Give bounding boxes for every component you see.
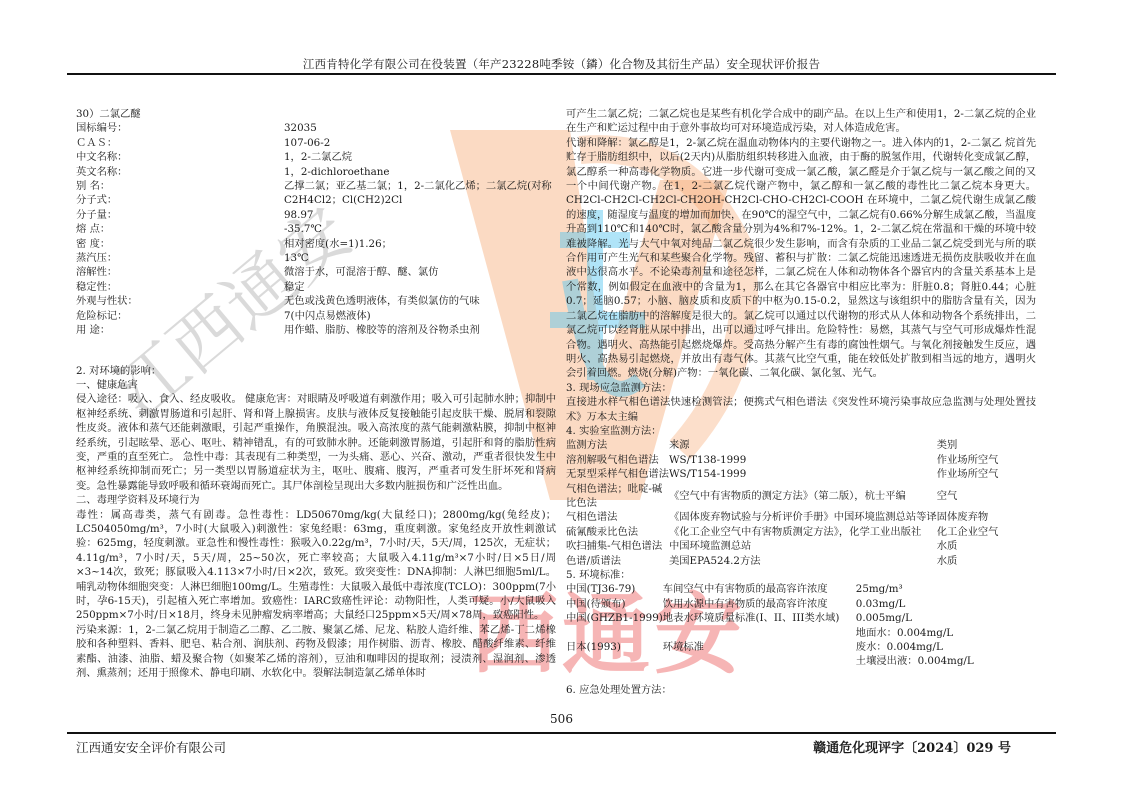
section-title: 30）二氯乙醚 bbox=[76, 107, 556, 121]
standard-values: 25mg/m³ bbox=[856, 582, 974, 596]
property-row: 用 途：用作蜡、脂肪、橡胶等的溶剂及谷物杀虫剂 bbox=[76, 323, 556, 337]
property-value: 107-06-2 bbox=[284, 136, 330, 150]
table-cell: 气相色谱法；吡啶-碱比色法 bbox=[566, 482, 669, 511]
property-value: 稳定 bbox=[284, 280, 305, 294]
standard-values: 0.005mg/L bbox=[856, 611, 974, 625]
property-value: 乙撑二氯；亚乙基二氯；1，2-二氯化乙烯；二氯乙烷(对称 bbox=[284, 179, 552, 193]
table-header-cell: 类别 bbox=[937, 438, 1006, 452]
standard-value: 废水：0.004mg/L bbox=[856, 640, 974, 654]
standard-value: 地面水：0.004mg/L bbox=[856, 626, 974, 640]
property-row: 国标编号：32035 bbox=[76, 121, 556, 135]
standard-org: 日本(1993) bbox=[566, 626, 663, 669]
standard-values: 地面水：0.004mg/L废水：0.004mg/L土壤浸出液：0.004mg/L bbox=[856, 626, 974, 669]
table-cell: 《固体废弃物试验与分析评价手册》中国环境监测总站等译 bbox=[669, 510, 937, 524]
table-cell: WS/T154-1999 bbox=[669, 467, 937, 481]
property-label: 用 途： bbox=[76, 323, 284, 337]
table-cell: WS/T138-1999 bbox=[669, 453, 937, 467]
table-cell: 无泵型采样气相色谱法 bbox=[566, 467, 669, 481]
env-standard-heading: 5. 环境标准： bbox=[566, 568, 1036, 582]
property-value: -35.7℃ bbox=[284, 222, 322, 236]
table-cell: 中国环境监测总站 bbox=[669, 539, 937, 553]
property-label: 稳定性： bbox=[76, 280, 284, 294]
standard-org: 中国(GHZB1-1999) bbox=[566, 611, 663, 625]
tox-heading: 二、毒理学资料及环境行为 bbox=[76, 493, 556, 507]
table-header-cell: 来源 bbox=[669, 438, 937, 452]
metabolism-text: 代谢和降解：氯乙醇是1，2-氯乙烷在温血动物体内的主要代谢物之一。进入体内的1，… bbox=[566, 136, 1036, 381]
table-cell: 气相色谱法 bbox=[566, 510, 669, 524]
table-cell: 固体废弃物 bbox=[937, 510, 1006, 524]
property-row: 中文名称：1，2-二氯乙烷 bbox=[76, 150, 556, 164]
property-label: 英文名称： bbox=[76, 165, 284, 179]
tox-text: 毒性：属高毒类，蒸气有剧毒。急性毒性：LD50670mg/kg(大鼠经口)；28… bbox=[76, 508, 556, 623]
table-row: 日本(1993)环境标准地面水：0.004mg/L废水：0.004mg/L土壤浸… bbox=[566, 626, 974, 669]
lab-monitoring-heading: 4. 实验室监测方法： bbox=[566, 424, 1036, 438]
table-row: 色谱/质谱法美国EPA524.2方法水质 bbox=[566, 554, 1006, 568]
property-value: 相对密度(水=1)1.26； bbox=[284, 237, 392, 251]
footer-divider bbox=[67, 732, 1056, 734]
property-row: 分子式：C2H4Cl2；Cl(CH2)2Cl bbox=[76, 193, 556, 207]
page-number: 506 bbox=[0, 712, 1123, 726]
table-cell: 吹扫捕集-气相色谱法 bbox=[566, 539, 669, 553]
property-row: 危险标记：7(中闪点易燃液体) bbox=[76, 309, 556, 323]
table-row: 吹扫捕集-气相色谱法中国环境监测总站水质 bbox=[566, 539, 1006, 553]
property-row: 分子量：98.97 bbox=[76, 208, 556, 222]
property-row: 英文名称：1，2-dichloroethane bbox=[76, 165, 556, 179]
standard-desc: 车间空气中有害物质的最高容许浓度 bbox=[663, 582, 856, 596]
env-heading: 2. 对环境的影响： bbox=[76, 364, 556, 378]
property-value: 7(中闪点易燃液体) bbox=[284, 309, 371, 323]
standard-desc: 地表水环境质量标准(I、II、III类水域) bbox=[663, 611, 856, 625]
property-row: 熔 点：-35.7℃ bbox=[76, 222, 556, 236]
table-row: 中国(待颁布)饮用水源中有害物质的最高容许浓度0.03mg/L bbox=[566, 597, 974, 611]
property-row: 别 名：乙撑二氯；亚乙基二氯；1，2-二氯化乙烯；二氯乙烷(对称 bbox=[76, 179, 556, 193]
property-label: 分子量： bbox=[76, 208, 284, 222]
table-row: 无泵型采样气相色谱法WS/T154-1999作业场所空气 bbox=[566, 467, 1006, 481]
property-row: 稳定性：稳定 bbox=[76, 280, 556, 294]
table-row: 气相色谱法；吡啶-碱比色法《空气中有害物质的测定方法》（第二版），杭士平编空气 bbox=[566, 482, 1006, 511]
property-value: 1，2-二氯乙烷 bbox=[284, 150, 352, 164]
standard-desc: 环境标准 bbox=[663, 626, 856, 669]
standard-value: 土壤浸出液：0.004mg/L bbox=[856, 654, 974, 668]
property-row: 密 度：相对密度(水=1)1.26； bbox=[76, 237, 556, 251]
property-label: 密 度： bbox=[76, 237, 284, 251]
property-value: 98.97 bbox=[284, 208, 313, 222]
table-cell: 色谱/质谱法 bbox=[566, 554, 669, 568]
right-column: 可产生二氯乙烷；二氯乙烷也是某些有机化学合成中的副产品。在以上生产和使用1，2-… bbox=[566, 107, 1036, 697]
table-cell: 《空气中有害物质的测定方法》（第二版），杭士平编 bbox=[669, 482, 937, 511]
table-row: 硫氰酸汞比色法《化工企业空气中有害物质测定方法》，化学工业出版社化工企业空气 bbox=[566, 525, 1006, 539]
table-cell: 化工企业空气 bbox=[937, 525, 1006, 539]
property-row: 溶解性：微溶于水，可混溶于醇、醚、氯仿 bbox=[76, 265, 556, 279]
property-value: 32035 bbox=[284, 121, 317, 135]
property-label: 蒸汽压： bbox=[76, 251, 284, 265]
health-text: 侵入途径：吸入、食入、经皮吸收。 健康危害：对眼睛及呼吸道有刺激作用；吸入可引起… bbox=[76, 392, 556, 493]
property-value: 用作蜡、脂肪、橡胶等的溶剂及谷物杀虫剂 bbox=[284, 323, 480, 337]
property-label: 溶解性： bbox=[76, 265, 284, 279]
field-monitoring-heading: 3. 现场应急监测方法： bbox=[566, 381, 1036, 395]
property-value: 微溶于水，可混溶于醇、醚、氯仿 bbox=[284, 265, 438, 279]
health-heading: 一、健康危害 bbox=[76, 378, 556, 392]
lab-monitoring-table: 监测方法来源类别溶剂解吸气相色谱法WS/T138-1999作业场所空气无泵型采样… bbox=[566, 438, 1006, 568]
property-label: ＣＡＳ： bbox=[76, 136, 284, 150]
field-monitoring-text: 直接进水样气相色谱法快速检测管法；便携式气相色谱法《突发性环境污染事故应急监测与… bbox=[566, 395, 1036, 424]
standard-desc: 饮用水源中有害物质的最高容许浓度 bbox=[663, 597, 856, 611]
table-row: 溶剂解吸气相色谱法WS/T138-1999作业场所空气 bbox=[566, 453, 1006, 467]
table-cell: 水质 bbox=[937, 554, 1006, 568]
property-row: 蒸汽压：13℃ bbox=[76, 251, 556, 265]
property-label: 中文名称： bbox=[76, 150, 284, 164]
property-label: 熔 点： bbox=[76, 222, 284, 236]
standard-value: 0.005mg/L bbox=[856, 611, 974, 625]
env-standard-table: 中国(TJ36-79)车间空气中有害物质的最高容许浓度25mg/m³中国(待颁布… bbox=[566, 582, 974, 668]
emergency-heading: 6. 应急处理处置方法： bbox=[566, 683, 1036, 697]
header-divider bbox=[67, 73, 1056, 75]
table-row: 中国(GHZB1-1999)地表水环境质量标准(I、II、III类水域)0.00… bbox=[566, 611, 974, 625]
standard-value: 0.03mg/L bbox=[856, 597, 974, 611]
pollution-text: 污染来源：1，2-二氯乙烷用于制造乙二醇、乙二胺、聚氯乙烯、尼龙、粘胶人造纤维、… bbox=[76, 623, 556, 681]
standard-values: 0.03mg/L bbox=[856, 597, 974, 611]
table-row: 气相色谱法《固体废弃物试验与分析评价手册》中国环境监测总站等译固体废弃物 bbox=[566, 510, 1006, 524]
table-cell: 《化工企业空气中有害物质测定方法》，化学工业出版社 bbox=[669, 525, 937, 539]
property-value: 1，2-dichloroethane bbox=[284, 165, 390, 179]
table-header-cell: 监测方法 bbox=[566, 438, 669, 452]
property-label: 外观与性状： bbox=[76, 294, 284, 308]
table-cell: 空气 bbox=[937, 482, 1006, 511]
property-label: 危险标记： bbox=[76, 309, 284, 323]
property-row: 外观与性状：无色或浅黄色透明液体，有类似氯仿的气味 bbox=[76, 294, 556, 308]
standard-value: 25mg/m³ bbox=[856, 582, 974, 596]
footer-doc-number: 赣通危化现评字〔2024〕029 号 bbox=[813, 737, 1011, 756]
report-header-title: 江西肯特化学有限公司在役装置（年产23228吨季铵（鏻）化合物及其衍生产品）安全… bbox=[0, 56, 1123, 72]
table-cell: 硫氰酸汞比色法 bbox=[566, 525, 669, 539]
left-column: 30）二氯乙醚 国标编号：32035ＣＡＳ：107-06-2中文名称：1，2-二… bbox=[76, 107, 556, 680]
property-list: 国标编号：32035ＣＡＳ：107-06-2中文名称：1，2-二氯乙烷英文名称：… bbox=[76, 121, 556, 337]
property-row: ＣＡＳ：107-06-2 bbox=[76, 136, 556, 150]
table-cell: 水质 bbox=[937, 539, 1006, 553]
property-value: C2H4Cl2；Cl(CH2)2Cl bbox=[284, 193, 402, 207]
table-row: 中国(TJ36-79)车间空气中有害物质的最高容许浓度25mg/m³ bbox=[566, 582, 974, 596]
standard-org: 中国(待颁布) bbox=[566, 597, 663, 611]
property-value: 无色或浅黄色透明液体，有类似氯仿的气味 bbox=[284, 294, 480, 308]
table-cell: 溶剂解吸气相色谱法 bbox=[566, 453, 669, 467]
standard-org: 中国(TJ36-79) bbox=[566, 582, 663, 596]
continuation-text: 可产生二氯乙烷；二氯乙烷也是某些有机化学合成中的副产品。在以上生产和使用1，2-… bbox=[566, 107, 1036, 136]
footer-company: 江西通安安全评价有限公司 bbox=[76, 738, 226, 756]
table-cell: 美国EPA524.2方法 bbox=[669, 554, 937, 568]
property-label: 国标编号： bbox=[76, 121, 284, 135]
table-header-row: 监测方法来源类别 bbox=[566, 438, 1006, 452]
property-label: 分子式： bbox=[76, 193, 284, 207]
table-cell: 作业场所空气 bbox=[937, 453, 1006, 467]
property-label: 别 名： bbox=[76, 179, 284, 193]
table-cell: 作业场所空气 bbox=[937, 467, 1006, 481]
property-value: 13℃ bbox=[284, 251, 309, 265]
